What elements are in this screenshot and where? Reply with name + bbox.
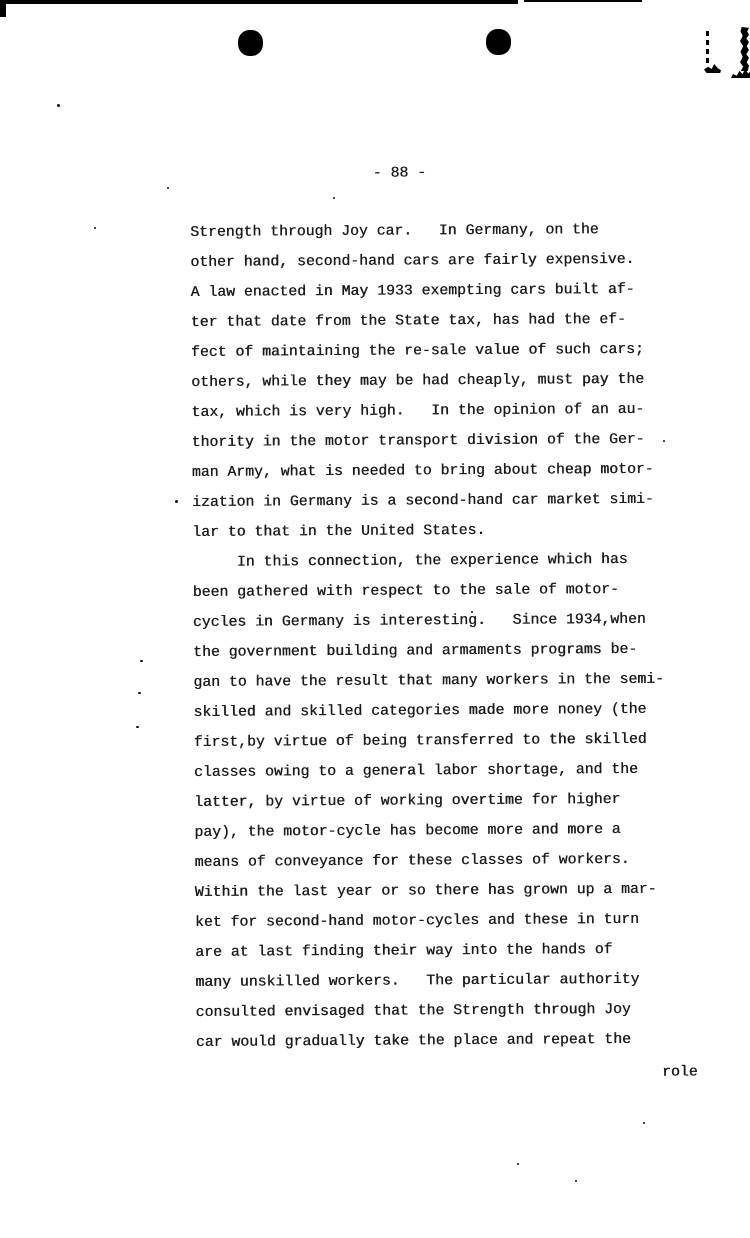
body-line: many unskilled workers. The particular a…: [195, 964, 715, 998]
body-line: ter that date from the State tax, has ha…: [191, 304, 711, 338]
body-line: thority in the motor transport division …: [192, 424, 712, 458]
body-line: been gathered with respect to the sale o…: [193, 574, 713, 608]
body-line: are at last finding their way into the h…: [195, 934, 715, 968]
body-line: man Army, what is needed to bring about …: [192, 454, 712, 488]
body-line: Strength through Joy car. In Germany, on…: [190, 214, 710, 248]
body-line: the government building and armaments pr…: [193, 634, 713, 668]
body-text: Strength through Joy car. In Germany, on…: [190, 214, 716, 1058]
body-line: Within the last year or so there has gro…: [195, 874, 715, 908]
body-line: tax, which is very high. In the opinion …: [191, 394, 711, 428]
scanned-document-page: - 88 - Strength through Joy car. In Germ…: [0, 0, 750, 1238]
body-line: gan to have the result that many workers…: [193, 664, 713, 698]
body-line: ization in Germany is a second-hand car …: [192, 484, 712, 518]
catchword: role: [662, 1064, 698, 1080]
body-line: others, while they may be had cheaply, m…: [191, 364, 711, 398]
body-line: lar to that in the United States.: [192, 514, 712, 548]
body-line: latter, by virtue of working overtime fo…: [194, 784, 714, 818]
body-line: other hand, second-hand cars are fairly …: [190, 244, 710, 278]
body-line: cycles in Germany is interesting. Since …: [193, 604, 713, 638]
page-content: - 88 - Strength through Joy car. In Germ…: [0, 0, 750, 1238]
body-line: A law enacted in May 1933 exempting cars…: [190, 274, 710, 308]
body-line: In this connection, the experience which…: [192, 544, 712, 578]
body-line: consulted envisaged that the Strength th…: [195, 994, 715, 1028]
body-line: ket for second-hand motor-cycles and the…: [195, 904, 715, 938]
page-number: - 88 -: [373, 165, 426, 181]
body-line: fect of maintaining the re-sale value of…: [191, 334, 711, 368]
body-line: car would gradually take the place and r…: [196, 1024, 716, 1058]
body-line: pay), the motor-cycle has become more an…: [194, 814, 714, 848]
body-line: skilled and skilled categories made more…: [193, 694, 713, 728]
body-line: classes owing to a general labor shortag…: [194, 754, 714, 788]
body-line: means of conveyance for these classes of…: [194, 844, 714, 878]
body-line: first,by virtue of being transferred to …: [194, 724, 714, 758]
